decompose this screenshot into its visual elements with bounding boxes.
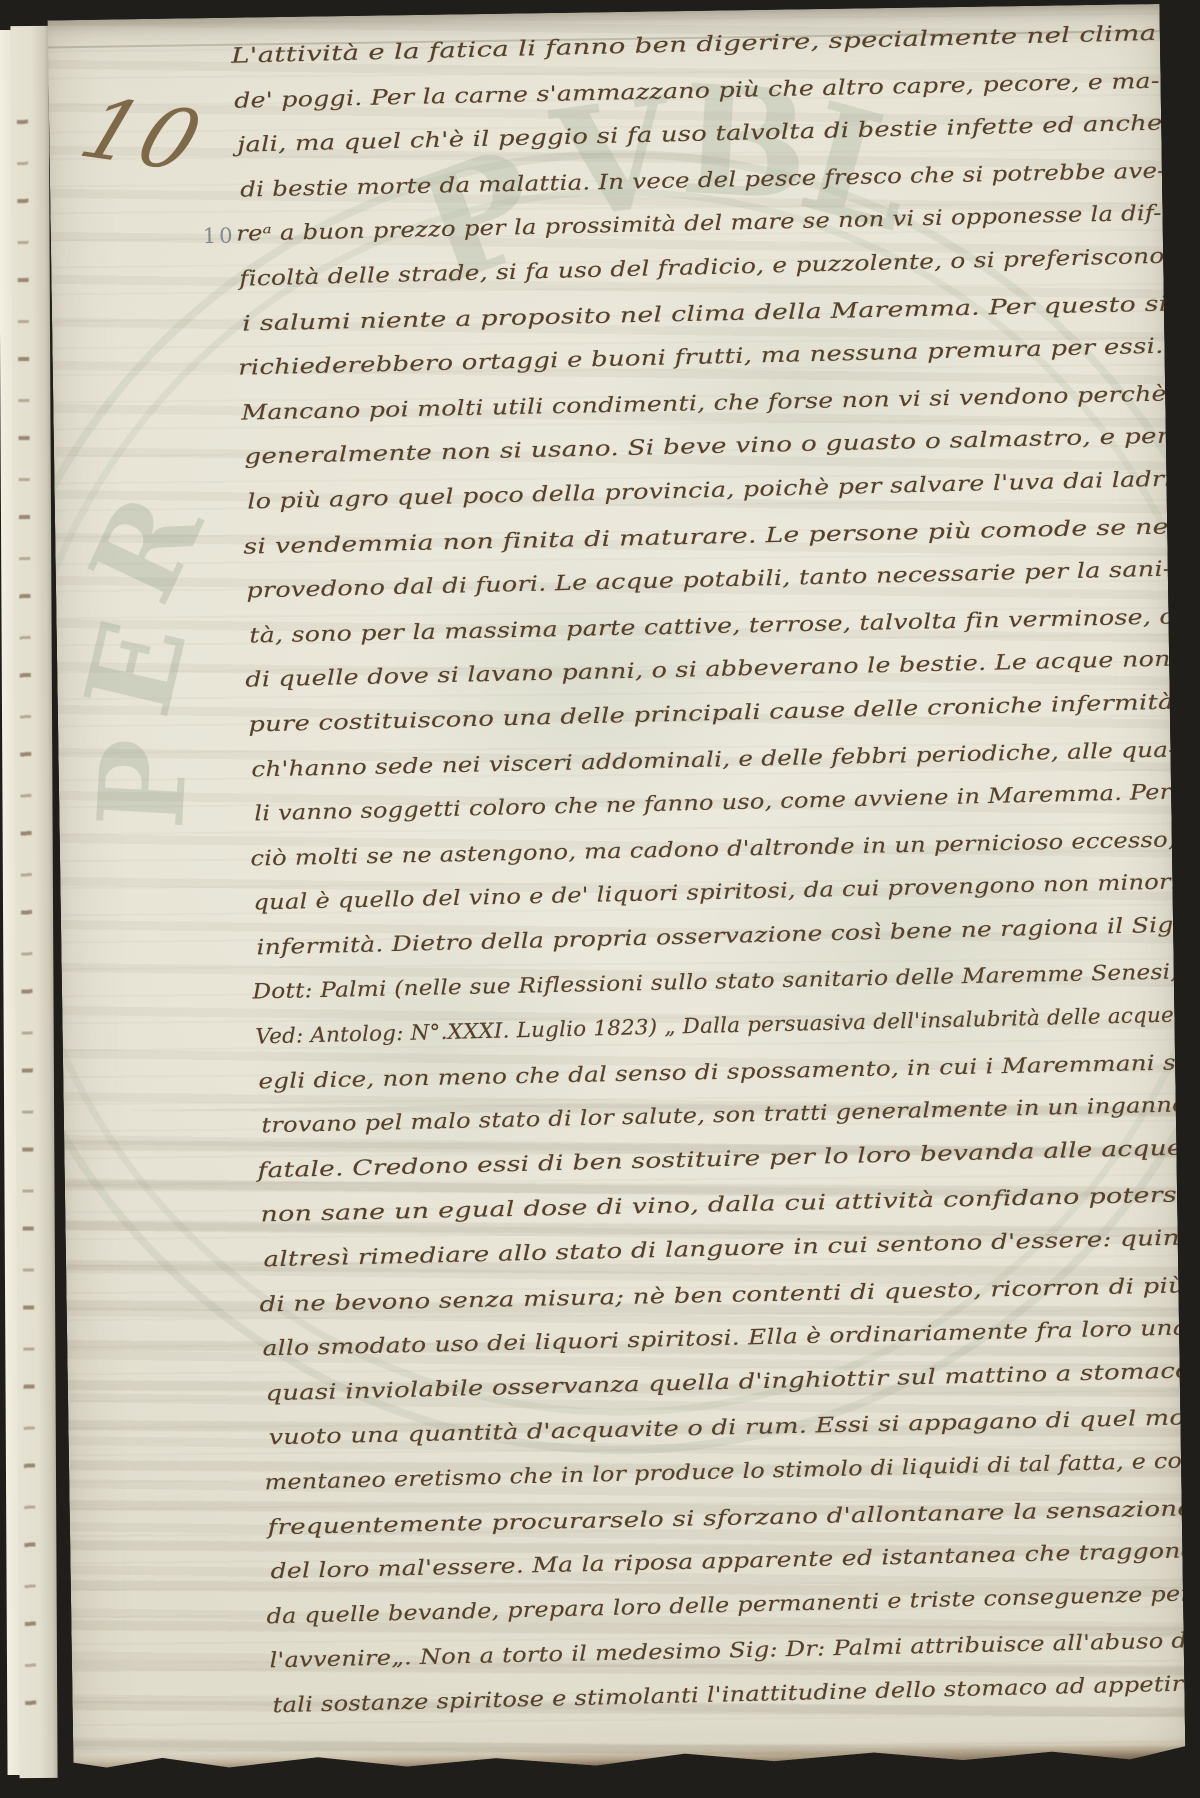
folio-number-stamp: 10	[203, 224, 236, 248]
binding-ink-marks	[17, 86, 37, 1726]
binding-edge	[10, 26, 57, 1778]
photo-background: P V B L R E P 10 10 L'attività e la fati…	[0, 0, 1200, 1798]
watermark-letter-icon: E	[68, 611, 203, 725]
manuscript-paper: P V B L R E P 10 10 L'attività e la fati…	[48, 4, 1186, 1780]
watermark-letter-icon: P	[82, 737, 205, 832]
singed-bottom-edge	[73, 1738, 1185, 1780]
manuscript-text: L'attività e la fatica li fanno ben dige…	[234, 23, 1198, 1738]
folio-number-handwritten: 10	[71, 87, 214, 184]
watermark-letter-icon: R	[72, 479, 220, 618]
